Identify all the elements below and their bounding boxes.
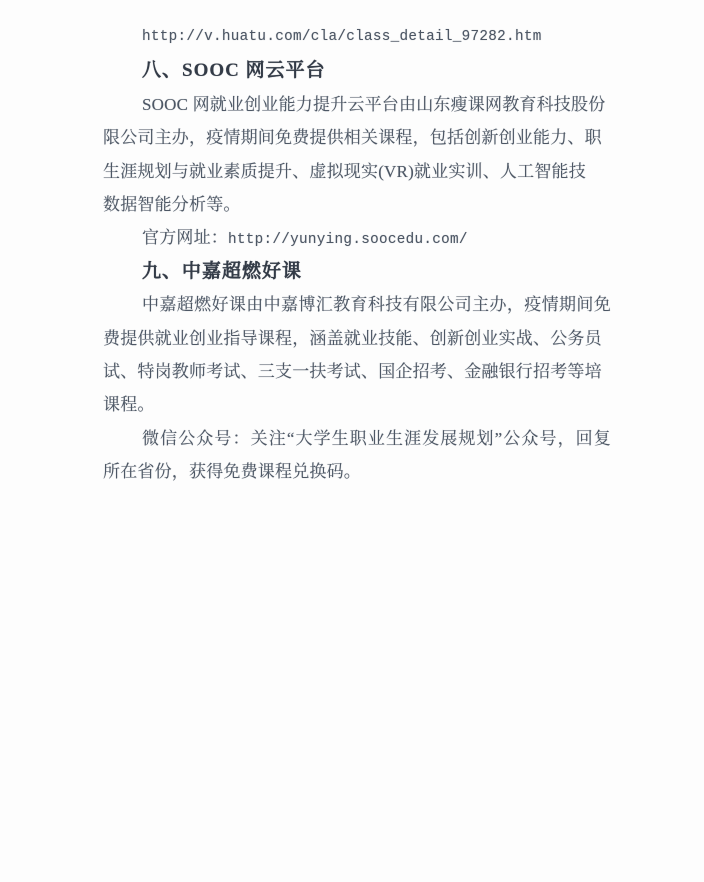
reference-url-text: http://v.huatu.com/cla/class_detail_9728… (103, 21, 611, 54)
section-8-paragraph-line: 数据智能分析等。 (103, 188, 611, 221)
document-content: http://v.huatu.com/cla/class_detail_9728… (0, 0, 704, 488)
section-8-paragraph-line: SOOC 网就业创业能力提升云平台由山东瘦课网教育科技股份有 (103, 88, 611, 121)
official-site-label: 官方网址： (142, 228, 228, 247)
section-9-paragraph-line: 中嘉超燃好课由中嘉博汇教育科技有限公司主办，疫情期间免 (103, 288, 611, 321)
section-8-heading: 八、SOOC 网云平台 (103, 54, 611, 87)
official-site-line: 官方网址：http://yunying.soocedu.com/ (103, 221, 611, 254)
section-8-paragraph-line: 限公司主办，疫情期间免费提供相关课程，包括创新创业能力、职业 (103, 121, 611, 154)
section-9-heading: 九、中嘉超燃好课 (103, 255, 611, 288)
section-9-paragraph-line: 费提供就业创业指导课程，涵盖就业技能、创新创业实战、公务员考 (103, 322, 611, 355)
section-9-paragraph-line: 试、特岗教师考试、三支一扶考试、国企招考、金融银行招考等培训 (103, 355, 611, 388)
document-page: http://v.huatu.com/cla/class_detail_9728… (0, 0, 704, 882)
official-site-url-text: http://yunying.soocedu.com/ (228, 232, 468, 248)
wechat-note-line: 微信公众号：关注“大学生职业生涯发展规划”公众号，回复 (103, 422, 611, 455)
section-8-paragraph-line: 生涯规划与就业素质提升、虚拟现实(VR)就业实训、人工智能技术、 (103, 155, 611, 188)
wechat-note-line: 所在省份，获得免费课程兑换码。 (103, 455, 611, 488)
section-9-paragraph-line: 课程。 (103, 388, 611, 421)
